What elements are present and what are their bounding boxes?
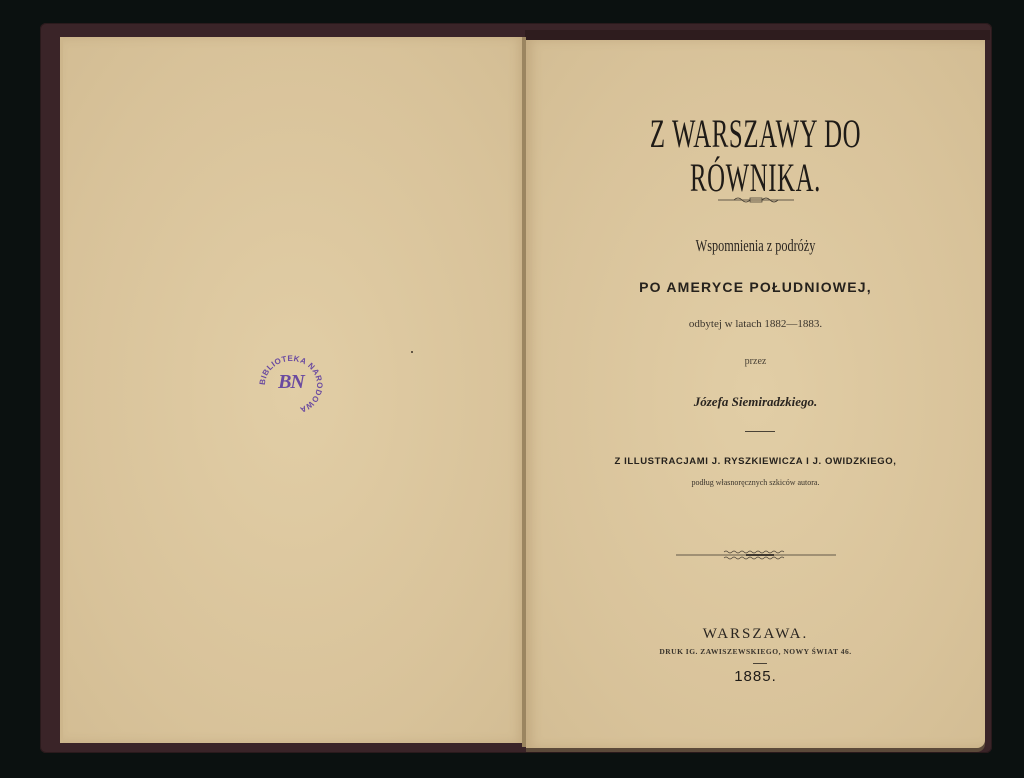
- illustrations-credit: Z ILLUSTRACJAMI J. RYSZKIEWICZA I J. OWI…: [526, 456, 985, 467]
- title-page: Z WARSZAWY DO RÓWNIKA. Wspomnienia z pod…: [526, 40, 985, 748]
- paper-speck: [411, 351, 413, 353]
- ornament-divider-icon: [526, 192, 985, 202]
- wavy-rule-ornament-icon: [526, 548, 985, 560]
- illustrations-note: podług własnoręcznych szkiców autora.: [526, 478, 985, 487]
- printer-info: DRUK IG. ZAWISZEWSKIEGO, NOWY ŚWIAT 46.: [526, 647, 985, 656]
- stamp-monogram: BN: [255, 371, 327, 394]
- author-name: Józefa Siemiradzkiego.: [526, 394, 985, 410]
- book-title: Z WARSZAWY DO RÓWNIKA.: [613, 112, 898, 200]
- short-rule: [745, 431, 775, 432]
- binding-top-edge: [525, 30, 990, 40]
- publication-year: 1885.: [526, 668, 985, 685]
- by-label: przez: [526, 356, 985, 367]
- subtitle-memoirs: Wspomnienia z podróży: [590, 236, 920, 256]
- subtitle-south-america: PO AMERYCE POŁUDNIOWEJ,: [526, 279, 985, 295]
- tiny-rule: [753, 663, 767, 664]
- library-stamp: BIBLIOTEKA NARODOWA BN: [255, 353, 327, 417]
- publication-city: WARSZAWA.: [526, 626, 985, 643]
- subtitle-years: odbytej w latach 1882—1883.: [526, 318, 985, 330]
